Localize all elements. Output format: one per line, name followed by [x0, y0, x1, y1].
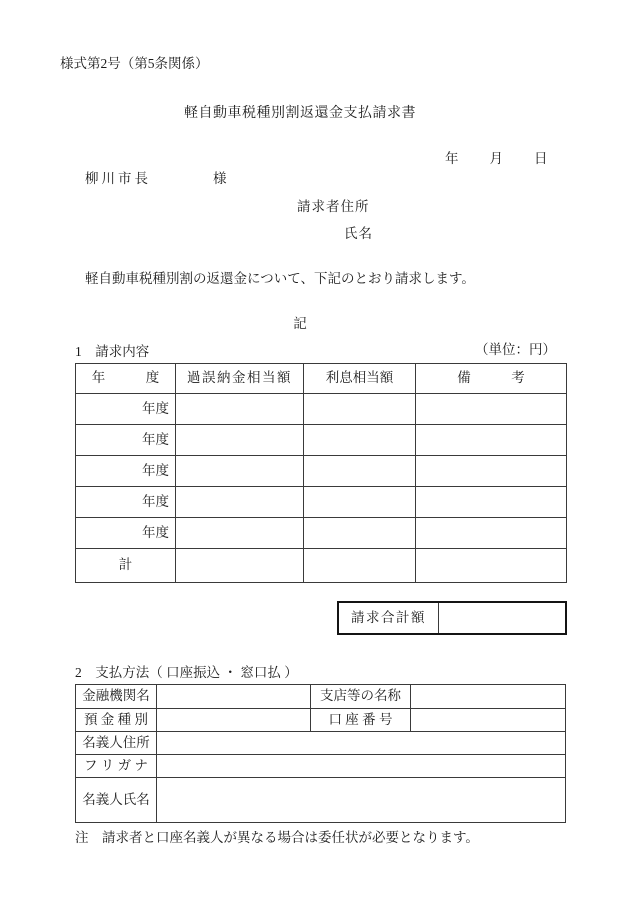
- total-amount-label: 請求合計額: [339, 603, 439, 633]
- form-number: 様式第2号（第5条関係）: [60, 56, 209, 73]
- section1-heading: 1 請求内容: [75, 344, 149, 361]
- remarks-cell: [416, 394, 567, 425]
- total-amount-value: [439, 603, 565, 633]
- payment-row-holder-address: 名義人住所: [76, 732, 566, 755]
- payment-method-table: 金融機関名 支店等の名称 預 金 種 別 口 座 番 号 名義人住所 フ リ ガ…: [75, 684, 566, 823]
- overpaid-amount-cell: [176, 487, 304, 518]
- date-line: 年 月 日: [445, 151, 548, 168]
- document-title: 軽自動車税種別割返還金支払請求書: [0, 105, 600, 123]
- claim-total-row: 計: [76, 549, 567, 583]
- payment-row-furigana: フ リ ガ ナ: [76, 755, 566, 778]
- claim-row: 年度: [76, 487, 567, 518]
- payment-row-account: 預 金 種 別 口 座 番 号: [76, 709, 566, 732]
- remarks-cell: [416, 518, 567, 549]
- remarks-total-cell: [416, 549, 567, 583]
- financial-institution-value: [157, 685, 311, 709]
- fiscal-year-cell: 年度: [76, 456, 176, 487]
- interest-amount-cell: [304, 394, 416, 425]
- remarks-cell: [416, 456, 567, 487]
- header-interest-amount: 利息相当額: [304, 364, 416, 394]
- remarks-cell: [416, 487, 567, 518]
- interest-amount-cell: [304, 518, 416, 549]
- total-amount-box: 請求合計額: [337, 601, 567, 635]
- addressee-name: 柳川市長: [85, 171, 151, 188]
- unit-label: （単位：円）: [475, 342, 556, 359]
- branch-name-label: 支店等の名称: [311, 685, 411, 709]
- fiscal-year-cell: 年度: [76, 425, 176, 456]
- branch-name-value: [411, 685, 566, 709]
- claim-row: 年度: [76, 425, 567, 456]
- payment-row-bank: 金融機関名 支店等の名称: [76, 685, 566, 709]
- furigana-value: [157, 755, 566, 778]
- holder-address-label: 名義人住所: [76, 732, 157, 755]
- claim-row: 年度: [76, 518, 567, 549]
- furigana-label: フ リ ガ ナ: [76, 755, 157, 778]
- claim-details-table: 年 度 過誤納金相当額 利息相当額 備 考 年度 年度 年度 年度: [75, 363, 567, 583]
- date-day-label: 日: [534, 151, 548, 168]
- document-page: 様式第2号（第5条関係） 軽自動車税種別割返還金支払請求書 年 月 日 柳川市長…: [0, 0, 630, 903]
- holder-address-value: [157, 732, 566, 755]
- request-statement: 軽自動車税種別割の返還金について、下記のとおり請求します。: [85, 271, 475, 288]
- remarks-cell: [416, 425, 567, 456]
- header-fiscal-year: 年 度: [76, 364, 176, 394]
- financial-institution-label: 金融機関名: [76, 685, 157, 709]
- holder-name-value: [157, 778, 566, 823]
- interest-amount-cell: [304, 425, 416, 456]
- header-overpaid-amount: 過誤納金相当額: [176, 364, 304, 394]
- account-number-value: [411, 709, 566, 732]
- date-month-label: 月: [490, 151, 504, 168]
- overpaid-amount-cell: [176, 425, 304, 456]
- fiscal-year-cell: 年度: [76, 487, 176, 518]
- fiscal-year-cell: 年度: [76, 394, 176, 425]
- overpaid-amount-cell: [176, 394, 304, 425]
- deposit-type-value: [157, 709, 311, 732]
- overpaid-amount-cell: [176, 456, 304, 487]
- footnote: 注 請求者と口座名義人が異なる場合は委任状が必要となります。: [75, 830, 479, 847]
- interest-amount-cell: [304, 487, 416, 518]
- record-mark: 記: [0, 316, 600, 333]
- requester-name-label: 氏名: [344, 226, 373, 243]
- claim-row: 年度: [76, 394, 567, 425]
- payment-row-holder-name: 名義人氏名: [76, 778, 566, 823]
- holder-name-label: 名義人氏名: [76, 778, 157, 823]
- overpaid-amount-cell: [176, 518, 304, 549]
- interest-amount-cell: [304, 456, 416, 487]
- deposit-type-label: 預 金 種 別: [76, 709, 157, 732]
- addressee-honorific: 様: [213, 171, 227, 188]
- header-remarks: 備 考: [416, 364, 567, 394]
- claim-table-header-row: 年 度 過誤納金相当額 利息相当額 備 考: [76, 364, 567, 394]
- requester-address-label: 請求者住所: [297, 199, 370, 216]
- account-number-label: 口 座 番 号: [311, 709, 411, 732]
- section2-heading: 2 支払方法（ 口座振込 ・ 窓口払 ）: [75, 665, 298, 682]
- total-row-label: 計: [76, 549, 176, 583]
- fiscal-year-cell: 年度: [76, 518, 176, 549]
- interest-amount-total-cell: [304, 549, 416, 583]
- date-year-label: 年: [445, 151, 459, 168]
- claim-row: 年度: [76, 456, 567, 487]
- overpaid-amount-total-cell: [176, 549, 304, 583]
